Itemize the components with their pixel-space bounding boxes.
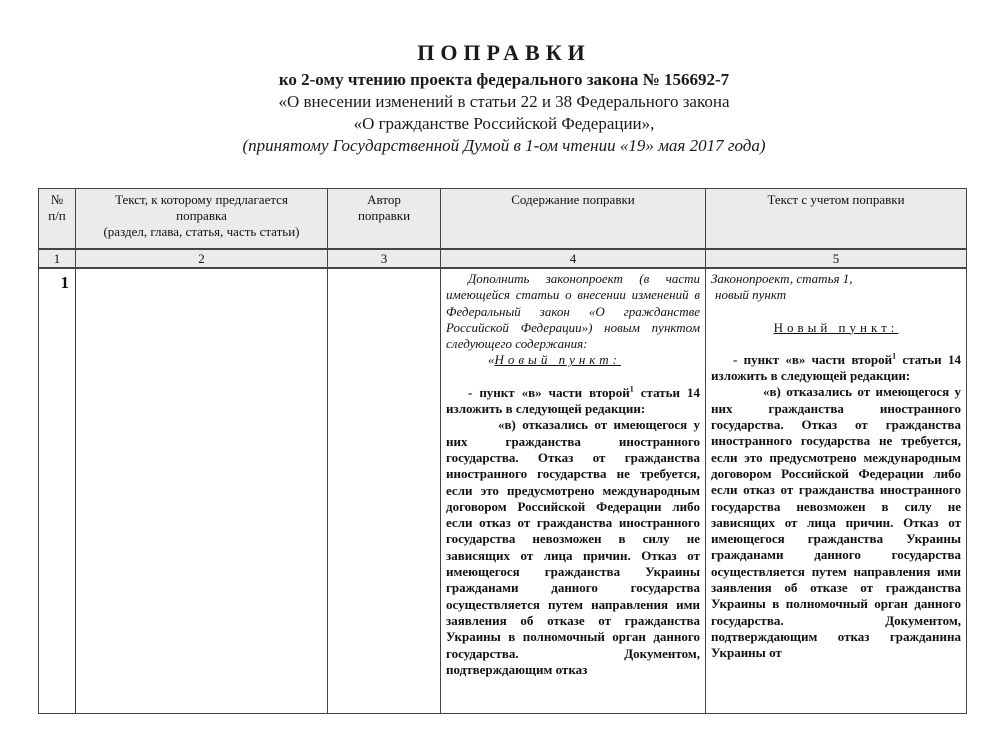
document-title: ПОПРАВКИ	[0, 40, 1008, 66]
header-text-line3: (раздел, глава, статья, часть статьи)	[76, 224, 327, 240]
amendment-new-item-heading: «Новый пункт:	[446, 352, 700, 368]
amendment-intro: Дополнить законопроект (в части имеющейс…	[446, 271, 700, 352]
column-number-row: 1 2 3 4 5	[39, 249, 967, 268]
column-number: 4	[441, 249, 706, 268]
column-number: 1	[39, 249, 76, 268]
header-text-to-amend: Текст, к которому предлагается поправка …	[76, 189, 328, 250]
header-number: № п/п	[39, 189, 76, 250]
clause-text: - пункт «в» части второй	[468, 385, 630, 400]
header-text-with-amendment: Текст с учетом поправки	[706, 189, 967, 250]
clause-text: - пункт «в» части второй	[733, 352, 892, 367]
document-subtitle-law-line1: «О внесении изменений в статьи 22 и 38 Ф…	[0, 92, 1008, 112]
new-item-label: Новый пункт:	[495, 352, 621, 367]
header-number-line2: п/п	[39, 208, 75, 224]
new-item-heading: Новый пункт:	[711, 320, 961, 336]
header-number-line1: №	[39, 192, 75, 208]
cell-amendment-content: Дополнить законопроект (в части имеющейс…	[441, 268, 706, 714]
header-text-line1: Текст, к которому предлагается	[76, 192, 327, 208]
column-number: 5	[706, 249, 967, 268]
table-header-row: № п/п Текст, к которому предлагается поп…	[39, 189, 967, 250]
document-subtitle-bill: ко 2-ому чтению проекта федерального зак…	[0, 70, 1008, 90]
table-row: 1 Дополнить законопроект (в части имеюще…	[39, 268, 967, 714]
new-item-label: Новый пункт:	[774, 320, 899, 335]
reference-line1: Законопроект, статья 1,	[711, 271, 961, 287]
column-number: 2	[76, 249, 328, 268]
header-amendment-content: Содержание поправки	[441, 189, 706, 250]
cell-text-to-amend	[76, 268, 328, 714]
amendments-table: № п/п Текст, к которому предлагается поп…	[38, 188, 967, 714]
document-subtitle-reading: (принятому Государственной Думой в 1-ом …	[0, 136, 1008, 156]
header-author: Автор поправки	[328, 189, 441, 250]
column-number: 3	[328, 249, 441, 268]
amendment-clause: - пункт «в» части второй1 статьи 14 изло…	[446, 385, 700, 418]
row-number: 1	[39, 268, 76, 714]
revised-clause: - пункт «в» части второй1 статьи 14 изло…	[711, 352, 961, 385]
document-subtitle-law-line2: «О гражданстве Российской Федерации»,	[0, 114, 1008, 134]
amendment-body: «в) отказались от имеющегося у них гражд…	[446, 417, 700, 678]
header-author-line2: поправки	[328, 208, 440, 224]
cell-text-with-amendment: Законопроект, статья 1, новый пункт Новы…	[706, 268, 967, 714]
header-author-line1: Автор	[328, 192, 440, 208]
reference-line2: новый пункт	[711, 287, 961, 303]
cell-author	[328, 268, 441, 714]
header-text-line2: поправка	[76, 208, 327, 224]
revised-body: «в) отказались от имеющегося у них гражд…	[711, 384, 961, 661]
